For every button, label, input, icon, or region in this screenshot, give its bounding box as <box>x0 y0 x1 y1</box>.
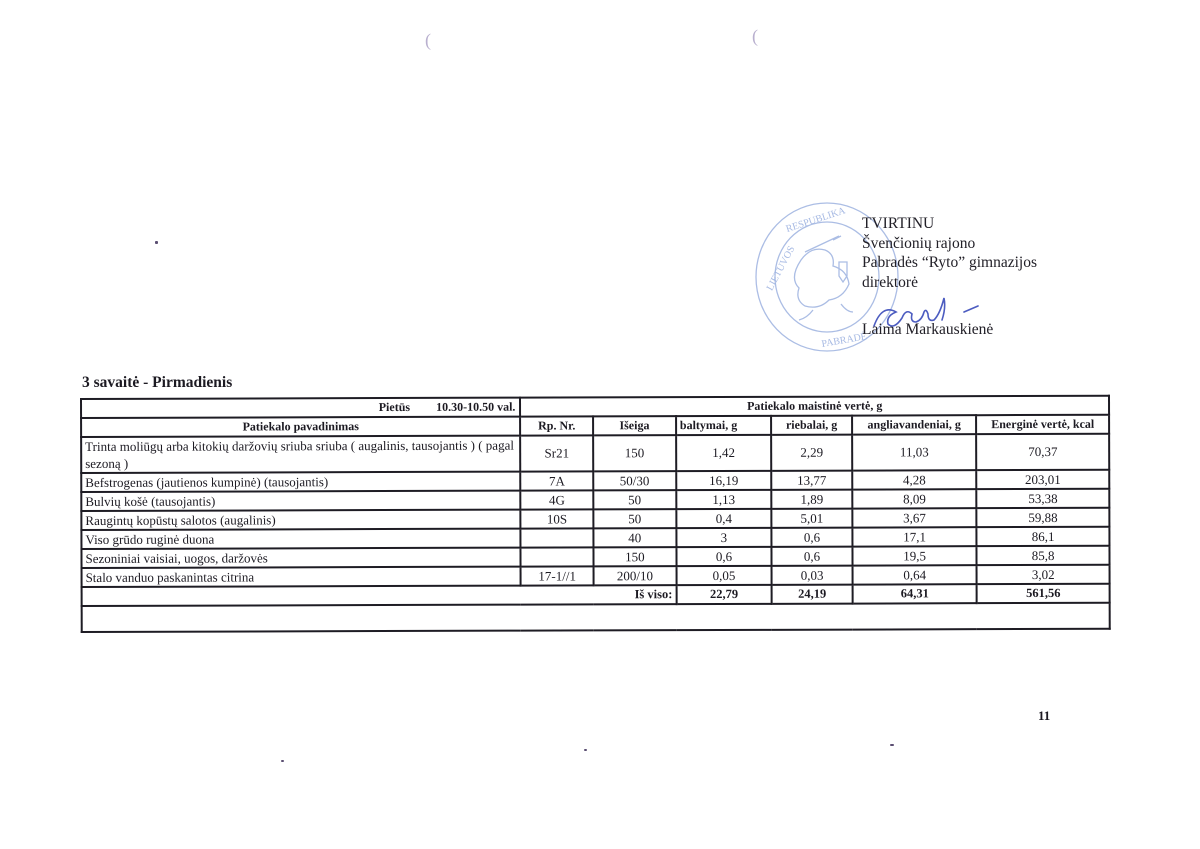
meal-name: Pietūs <box>379 400 410 414</box>
cell-angliavandeniai: 4,28 <box>852 470 976 489</box>
col-header-angliavandeniai: angliavandeniai, g <box>852 415 976 434</box>
cell-angliavandeniai: 3,67 <box>852 508 976 527</box>
dish-name: Trinta moliūgų arba kitokių daržovių sri… <box>81 436 520 473</box>
cell-energija: 85,8 <box>977 546 1110 565</box>
dish-name: Viso grūdo ruginė duona <box>81 529 520 549</box>
cell-angliavandeniai: 17,1 <box>852 527 976 546</box>
cell-rp: Sr21 <box>520 435 593 471</box>
page-number: 11 <box>1038 708 1050 724</box>
cell-iseiga: 40 <box>593 528 676 547</box>
scan-mark: ( <box>425 30 431 51</box>
cell-riebalai: 5,01 <box>771 509 852 528</box>
cell-energija: 59,88 <box>977 508 1110 527</box>
dish-name: Bulvių košė (tausojantis) <box>81 491 520 511</box>
scan-speck <box>890 744 894 746</box>
empty-row <box>82 603 1110 632</box>
approval-title: TVIRTINU <box>862 214 1037 234</box>
cell-iseiga: 50 <box>593 490 676 509</box>
approval-role: direktorė <box>862 273 1037 293</box>
menu-table: Pietūs10.30-10.50 val. Patiekalo maistin… <box>80 395 1111 633</box>
scan-speck <box>584 749 587 751</box>
nutrition-group-header: Patiekalo maistinė vertė, g <box>520 396 1109 417</box>
cell-riebalai: 1,89 <box>771 490 852 509</box>
col-header-iseiga: Išeiga <box>593 416 676 435</box>
meal-time: 10.30-10.50 val. <box>436 400 515 414</box>
col-header-rp: Rp. Nr. <box>520 416 593 435</box>
dish-name: Befstrogenas (jautienos kumpinė) (tausoj… <box>81 472 520 492</box>
table-row: Trinta moliūgų arba kitokių daržovių sri… <box>81 434 1109 473</box>
cell-baltymai: 1,42 <box>676 435 771 471</box>
cell-baltymai: 0,6 <box>676 547 771 566</box>
cell-baltymai: 1,13 <box>676 490 771 509</box>
col-header-riebalai: riebalai, g <box>771 416 852 435</box>
total-label: Iš viso: <box>82 585 677 606</box>
cell-iseiga: 150 <box>593 435 676 471</box>
scan-speck <box>281 760 284 762</box>
svg-text:PABRADĖ: PABRADĖ <box>821 330 868 350</box>
meal-header: Pietūs10.30-10.50 val. <box>81 398 520 418</box>
svg-text:RESPUBLIKA: RESPUBLIKA <box>785 205 848 235</box>
cell-angliavandeniai: 0,64 <box>852 565 976 584</box>
cell-angliavandeniai: 11,03 <box>852 434 976 470</box>
cell-rp: 10S <box>521 509 594 528</box>
cell-rp: 17-1//1 <box>521 566 594 585</box>
total-energija: 561,56 <box>977 584 1110 603</box>
cell-baltymai: 0,4 <box>676 509 771 528</box>
cell-baltymai: 0,05 <box>676 566 771 585</box>
cell-riebalai: 0,03 <box>772 566 853 585</box>
cell-baltymai: 3 <box>676 528 771 547</box>
cell-angliavandeniai: 19,5 <box>852 546 976 565</box>
cell-riebalai: 13,77 <box>771 471 852 490</box>
total-baltymai: 22,79 <box>676 585 771 604</box>
col-header-name: Patiekalo pavadinimas <box>81 417 520 437</box>
cell-riebalai: 0,6 <box>772 528 853 547</box>
cell-iseiga: 150 <box>593 547 676 566</box>
cell-riebalai: 2,29 <box>771 435 852 471</box>
cell-baltymai: 16,19 <box>676 471 771 490</box>
total-riebalai: 24,19 <box>772 585 853 604</box>
cell-riebalai: 0,6 <box>772 547 853 566</box>
cell-rp: 4G <box>521 490 594 509</box>
signature-icon <box>868 296 1008 336</box>
cell-iseiga: 50/30 <box>593 471 676 490</box>
total-angliavandeniai: 64,31 <box>853 584 977 603</box>
cell-energija: 53,38 <box>977 489 1110 508</box>
col-header-energija: Energinė vertė, kcal <box>976 415 1109 434</box>
cell-rp: 7A <box>521 471 594 490</box>
cell-energija: 70,37 <box>976 434 1109 470</box>
cell-energija: 86,1 <box>977 527 1110 546</box>
cell-energija: 203,01 <box>977 470 1110 489</box>
cell-rp <box>521 547 594 566</box>
cell-rp <box>521 528 594 547</box>
cell-angliavandeniai: 8,09 <box>852 489 976 508</box>
approval-district: Švenčionių rajono <box>862 234 1037 254</box>
scan-speck <box>155 241 158 244</box>
page-heading: 3 savaitė - Pirmadienis <box>82 374 232 392</box>
cell-iseiga: 50 <box>593 509 676 528</box>
dish-name: Sezoniniai vaisiai, uogos, daržovės <box>81 548 520 568</box>
dish-name: Stalo vanduo paskanintas citrina <box>82 567 521 587</box>
cell-energija: 3,02 <box>977 565 1110 584</box>
col-header-baltymai: baltymai, g <box>676 416 771 435</box>
cell-iseiga: 200/10 <box>593 566 676 585</box>
dish-name: Raugintų kopūstų salotos (augalinis) <box>81 510 520 530</box>
approval-school: Pabradės “Ryto” gimnazijos <box>862 253 1037 273</box>
scan-mark: ( <box>752 26 758 47</box>
